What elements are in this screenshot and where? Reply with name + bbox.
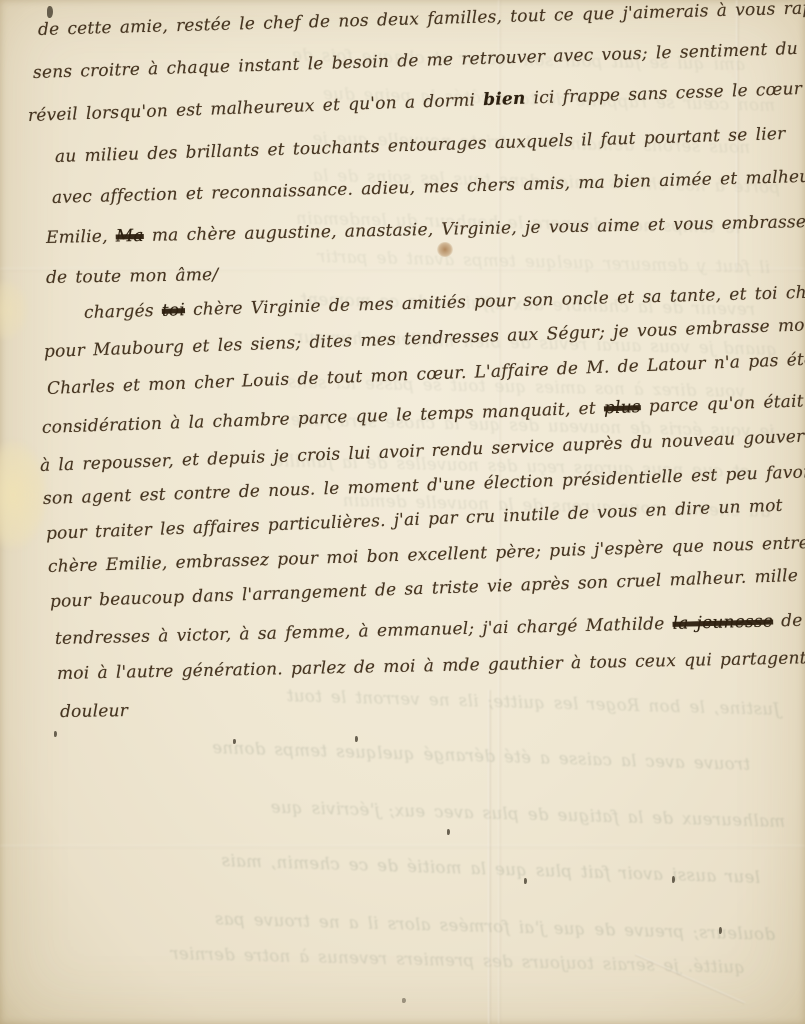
letter-text: de cette amie, restée le chef de nos deu… — [38, 0, 805, 40]
letter-line-17: tendresses à victor, à sa femme, à emman… — [55, 611, 803, 649]
letter-page: ami qui se fait pour son retour et chaqu… — [0, 0, 805, 1024]
letter-text: ici frappe sans cesse le cœur — [525, 79, 802, 109]
letter-text: ma chère augustine, anastasie, Virginie,… — [144, 212, 805, 246]
letter-text: de — [773, 611, 803, 632]
letter-text: Emilie, — [46, 227, 116, 248]
letter-line-2: sens croitre à chaque instant le besoin … — [33, 39, 798, 83]
letter-text: avec affection et reconnaissance. adieu,… — [52, 165, 805, 208]
struck-out-word: plus — [604, 397, 641, 418]
struck-out-word: Ma — [116, 226, 144, 247]
letter-text: considération à la chambre parce que le … — [42, 398, 605, 438]
letter-line-4: au milieu des brillants et touchants ent… — [55, 124, 786, 167]
recto-ink-layer: de cette amie, restée le chef de nos deu… — [0, 0, 805, 1024]
struck-out-word: la jeunesse — [672, 611, 773, 633]
letter-line-8: chargés toi chère Virginie de mes amitié… — [84, 279, 805, 323]
letter-line-18: moi à l'autre génération. parlez de moi … — [57, 647, 805, 684]
letter-text: au milieu des brillants et touchants ent… — [55, 124, 786, 167]
letter-text: douleur — [60, 701, 128, 722]
letter-text: chargés — [84, 301, 162, 323]
overwritten-word: bien — [483, 89, 526, 110]
letter-text: tendresses à victor, à sa femme, à emman… — [55, 614, 673, 649]
letter-line-19: douleur — [60, 701, 128, 722]
letter-text: moi à l'autre génération. parlez de moi … — [57, 647, 805, 684]
letter-text: de toute mon âme/ — [46, 265, 219, 288]
letter-line-5: avec affection et reconnaissance. adieu,… — [52, 165, 805, 208]
letter-line-1: de cette amie, restée le chef de nos deu… — [38, 0, 805, 40]
letter-text: parce qu'on était décidé — [640, 389, 805, 417]
struck-out-word: toi — [162, 300, 186, 321]
letter-line-6: Emilie, Ma ma chère augustine, anastasie… — [46, 212, 805, 248]
letter-text: sens croitre à chaque instant le besoin … — [33, 39, 798, 83]
letter-text: chère Virginie de mes amitiés pour son o… — [185, 279, 805, 320]
letter-line-7: de toute mon âme/ — [46, 265, 219, 288]
letter-text: réveil lorsqu'on est malheureux et qu'on… — [28, 90, 484, 126]
letter-line-3: réveil lorsqu'on est malheureux et qu'on… — [28, 79, 803, 126]
